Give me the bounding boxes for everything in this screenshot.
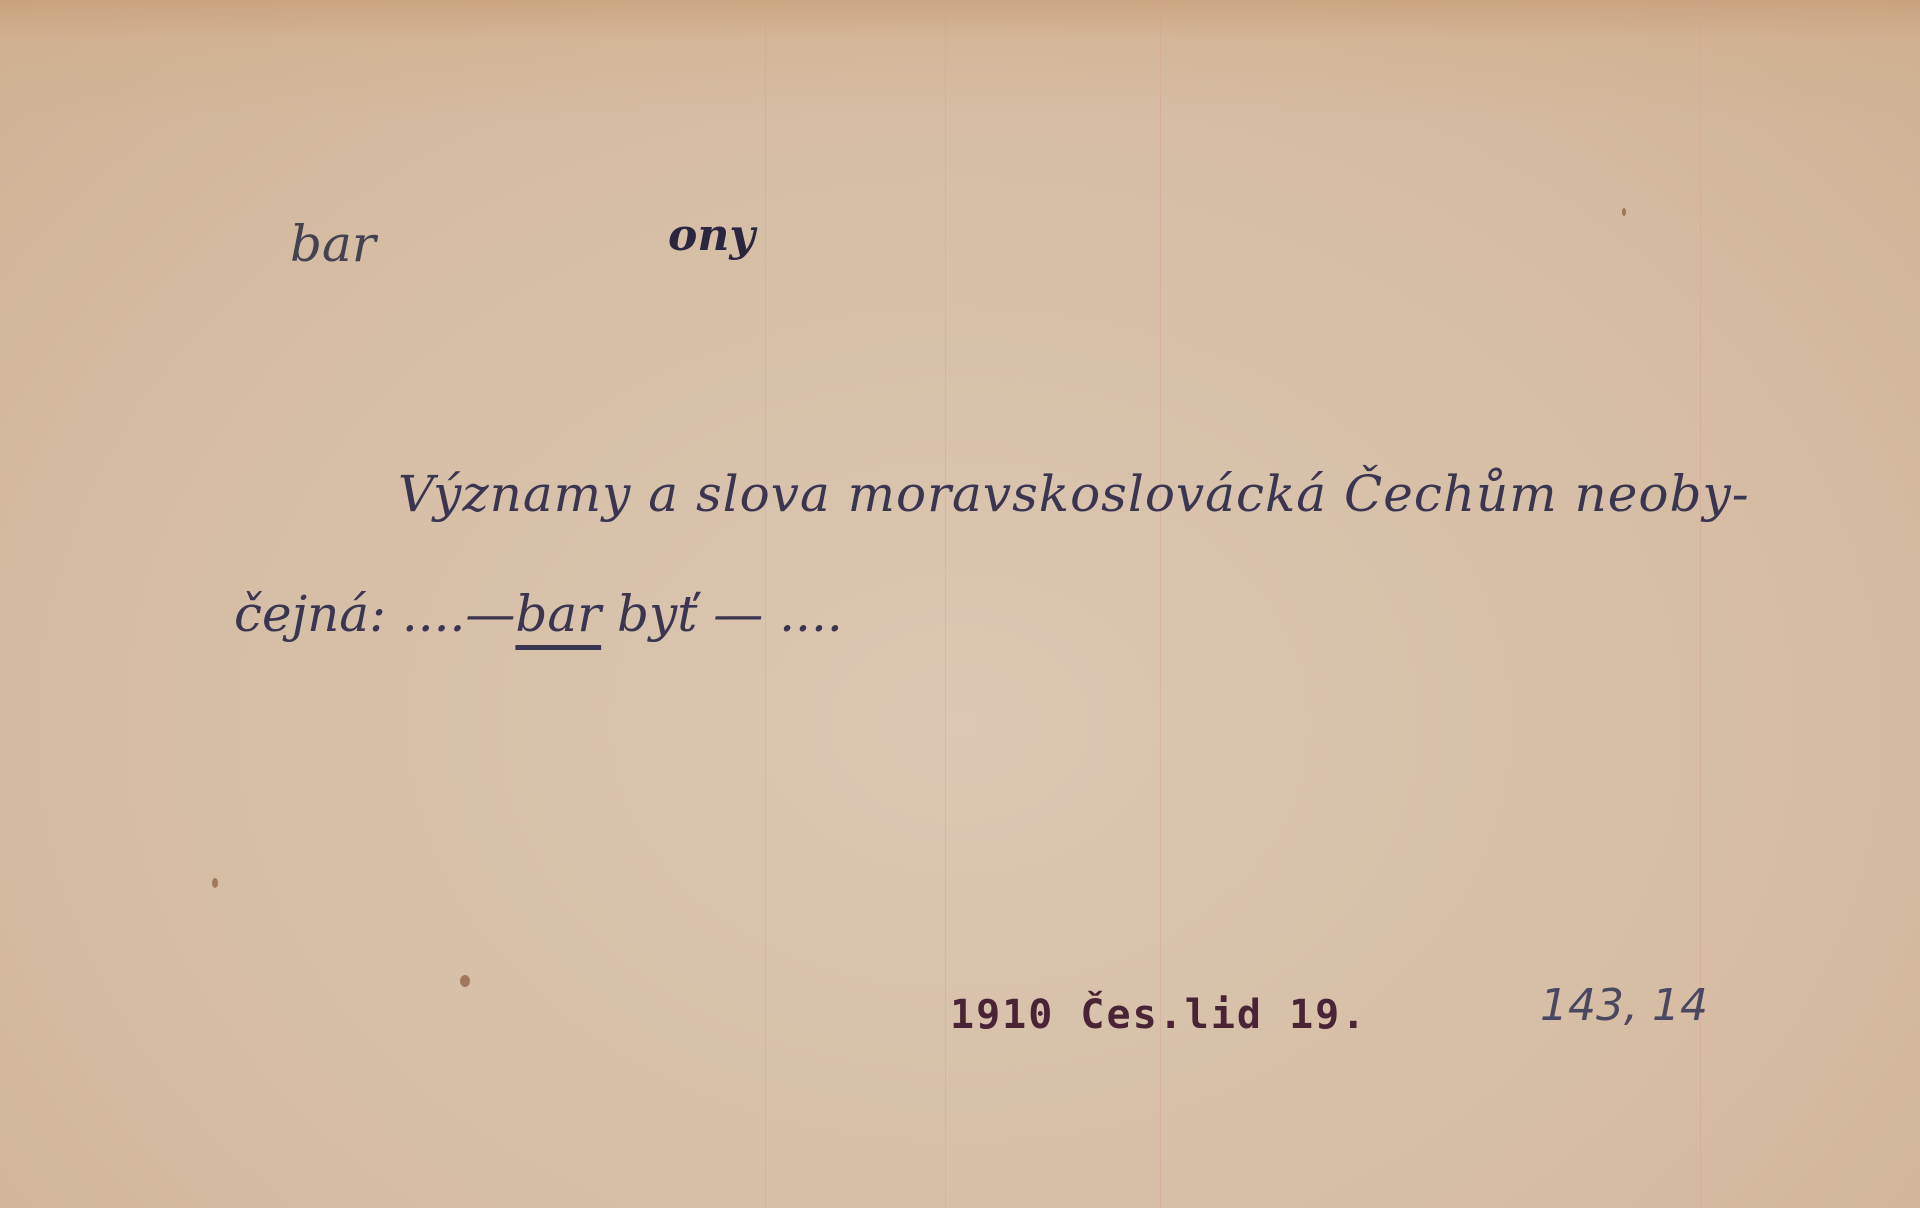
- source-citation: 1910 Čes.lid 19.: [950, 992, 1367, 1038]
- underlined-headword: bar: [515, 585, 601, 643]
- body-line-2: čejná: ....—bar byť — ....: [234, 585, 843, 643]
- paper-speck: [460, 975, 470, 987]
- part-of-speech: ony: [668, 210, 755, 261]
- paper-speck: [212, 878, 218, 888]
- body-line-1: Významy a slova moravskoslovácká Čechům …: [398, 465, 1750, 523]
- body-line-2-prefix: čejná: ....—: [234, 585, 515, 643]
- source-pages: 143, 14: [1540, 980, 1708, 1031]
- paper-speck: [1622, 208, 1626, 216]
- index-card: bar ony Významy a slova moravskoslovácká…: [0, 0, 1920, 1208]
- ruled-line: [945, 0, 946, 1208]
- body-line-2-suffix: byť — ....: [601, 585, 843, 643]
- headword: bar: [290, 215, 376, 273]
